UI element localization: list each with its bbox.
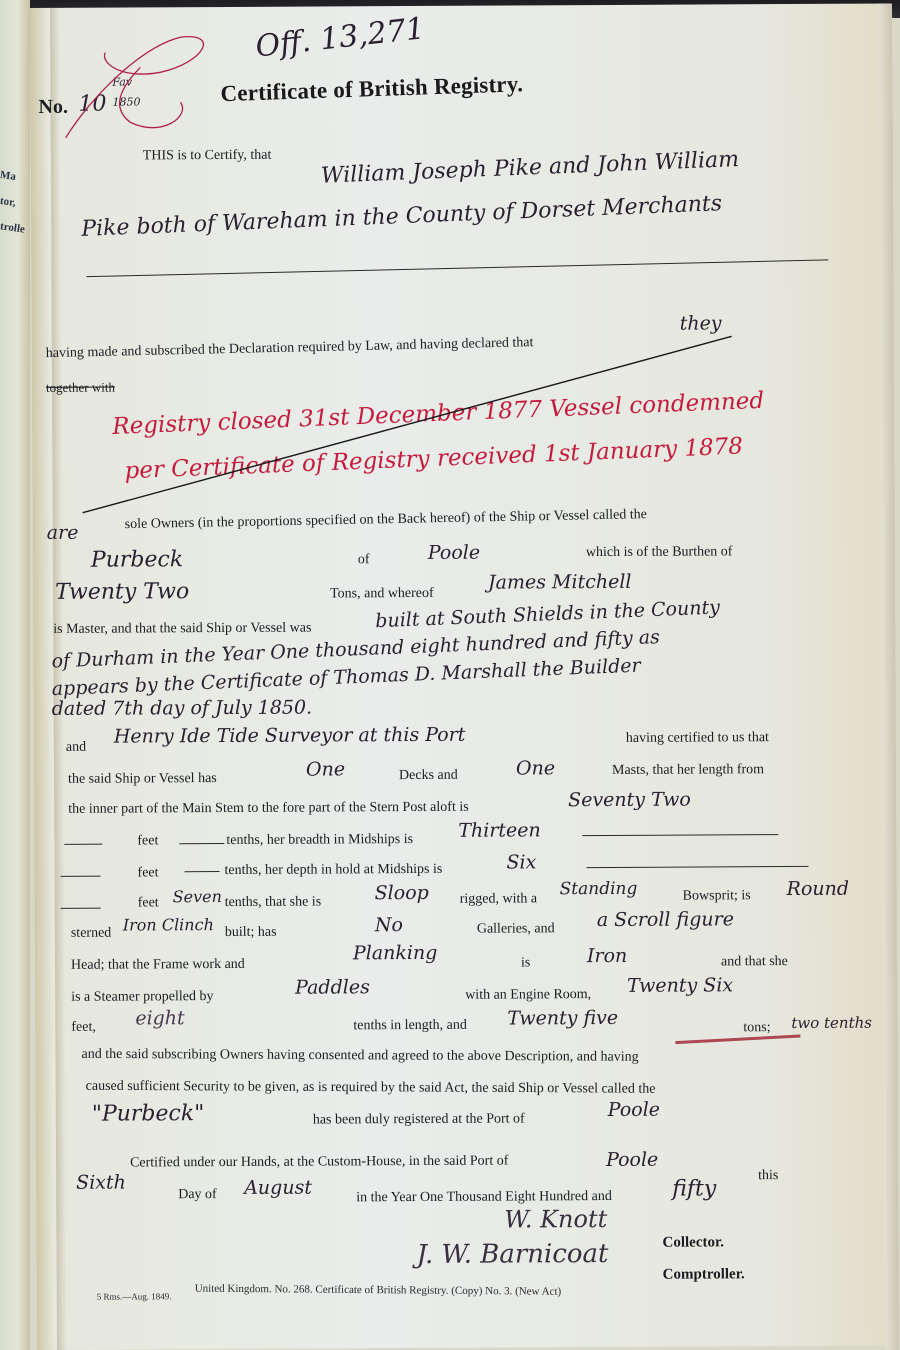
surveyor: Henry Ide Tide Surveyor at this Port [114, 724, 466, 748]
official-number: Off. 13,271 [254, 11, 427, 64]
engine-tenths-value: eight [135, 1007, 184, 1029]
master-label: is Master, and that the said Ship or Ves… [53, 621, 311, 638]
blank-line [61, 876, 101, 877]
number-fraction-bottom: 1850 [112, 95, 140, 108]
bowsprit-label: Bowsprit; is [683, 888, 751, 904]
breadth-value: Thirteen [458, 819, 541, 841]
day-label: Day of [178, 1187, 217, 1203]
rig-value: Sloop [375, 882, 429, 904]
tenths-length-label: tenths in length, and [353, 1018, 467, 1035]
of-label: of [358, 552, 370, 568]
has-label: the said Ship or Vessel has [68, 771, 217, 788]
galleries-value: No [375, 914, 403, 936]
built-line-4: dated 7th day of July 1850. [52, 697, 313, 720]
breadth-label: tenths, her breadth in Midships is [226, 832, 413, 849]
and-that-label: and that she [721, 954, 788, 970]
frame-value: Planking [353, 942, 438, 964]
together-with-struck: together with [46, 380, 115, 396]
previous-page-edge: Ma tor, trolle [0, 0, 30, 1350]
month-value: August [244, 1177, 312, 1199]
tonnage-value: Twenty Two [55, 579, 189, 605]
certified-label: having certified to us that [626, 730, 769, 747]
material-value: Iron [587, 945, 627, 967]
decks-label: Decks and [399, 768, 458, 784]
registered-label: has been duly registered at the Port of [313, 1111, 525, 1128]
number-label: No. [38, 96, 68, 119]
year-value: fifty [672, 1176, 716, 1201]
blank-line [86, 259, 828, 277]
certified-text: Certified under our Hands, at the Custom… [130, 1154, 508, 1172]
page-right-edge [878, 3, 899, 1350]
ownership-text: sole Owners (in the proportions specifie… [125, 507, 647, 533]
registry-closed-note-line-1: Registry closed 31st December 1877 Vesse… [112, 388, 765, 440]
engine-length-value: Twenty Six [627, 974, 733, 997]
blank-line [61, 908, 101, 909]
registry-closed-note-line-2: per Certificate of Registry received 1st… [124, 433, 743, 484]
certified-port: Poole [606, 1149, 658, 1171]
rigged-label: rigged, with a [460, 891, 537, 907]
steamer-label: is a Steamer propelled by [71, 989, 213, 1006]
certify-lead: THIS is to Certify, that [143, 148, 272, 165]
and-label: and [66, 740, 86, 756]
registered-port: Poole [608, 1099, 660, 1121]
head-value: a Scroll figure [597, 908, 734, 931]
footer-text: United Kingdom. No. 268. Certificate of … [195, 1283, 562, 1298]
burthen-label: which is of the Burthen of [586, 544, 733, 561]
blank-line [185, 871, 220, 872]
left-page-fragment: Ma [0, 169, 17, 183]
left-page-fragment: tor, [0, 195, 17, 209]
master-name: James Mitchell [488, 571, 632, 594]
ship-name: Purbeck [91, 547, 183, 572]
form-reference: 5 Rms.—Aug. 1849. [97, 1291, 172, 1301]
feet-label: feet [137, 833, 158, 849]
comptroller-label: Comptroller. [663, 1266, 745, 1283]
registered-ship-name: "Purbeck" [92, 1101, 205, 1127]
head-label: Head; that the Frame work and [71, 957, 245, 974]
certificate-page: Off. 13,271 No. 10 Fav 1850 Certificate … [30, 3, 899, 1349]
declaration-text: having made and subscribed the Declarati… [46, 335, 534, 362]
left-page-fragment: trolle [0, 220, 26, 235]
declaration-they: they [680, 312, 722, 334]
bowsprit-value: Standing [560, 879, 638, 899]
propulsion-value: Paddles [295, 976, 370, 998]
rigged-tenths-label: tenths, that she is [225, 894, 322, 911]
length-label: the inner part of the Main Stem to the f… [68, 800, 469, 818]
blank-line [587, 866, 809, 868]
owners-line-2: Pike both of Wareham in the County of Do… [81, 191, 723, 242]
is-label: is [521, 955, 530, 971]
collector-signature: W. Knott [504, 1205, 607, 1234]
consent-line-1: and the said subscribing Owners having c… [81, 1047, 638, 1066]
this-label: this [758, 1168, 778, 1184]
consent-line-2: caused sufficient Security to be given, … [86, 1079, 656, 1098]
feet-comma-label: feet, [71, 1020, 96, 1036]
depth-value: Six [506, 851, 536, 873]
number-fraction-top: Fav [112, 75, 132, 88]
blank-line [582, 834, 778, 836]
sterned-label: sterned [71, 926, 112, 942]
depth-tenths-value: Seven [173, 887, 222, 906]
tons-label: Tons, and whereof [330, 586, 434, 603]
build-value: Iron Clinch [123, 915, 214, 934]
collector-label: Collector. [662, 1234, 724, 1251]
number-value: 10 [78, 92, 106, 117]
depth-label: tenths, her depth in hold at Midships is [224, 862, 442, 879]
year-label: in the Year One Thousand Eight Hundred a… [356, 1189, 612, 1206]
comptroller-signature: J. W. Barnicoat [416, 1239, 608, 1270]
home-port: Poole [428, 542, 480, 564]
tons-tenths-value: two tenths [791, 1014, 872, 1032]
engine-tons-value: Twenty five [507, 1007, 618, 1030]
galleries-label: Galleries, and [477, 921, 555, 937]
decks-value: One [306, 758, 345, 780]
owners-line-1: William Joseph Pike and John William [321, 147, 740, 189]
built-label: built; has [225, 925, 277, 941]
blank-line [64, 844, 102, 845]
stern-value: Round [787, 878, 850, 900]
masts-label: Masts, that her length from [612, 762, 764, 779]
engine-room-label: with an Engine Room, [465, 987, 591, 1004]
blank-line [179, 843, 224, 844]
feet-label: feet [138, 895, 159, 911]
masts-value: One [516, 757, 555, 779]
document-title: Certificate of British Registry. [220, 71, 523, 107]
day-value: Sixth [76, 1172, 126, 1194]
length-value: Seventy Two [568, 789, 691, 812]
owners-are: are [47, 522, 79, 544]
feet-label: feet [137, 865, 158, 881]
tons-label: tons; [743, 1020, 770, 1036]
